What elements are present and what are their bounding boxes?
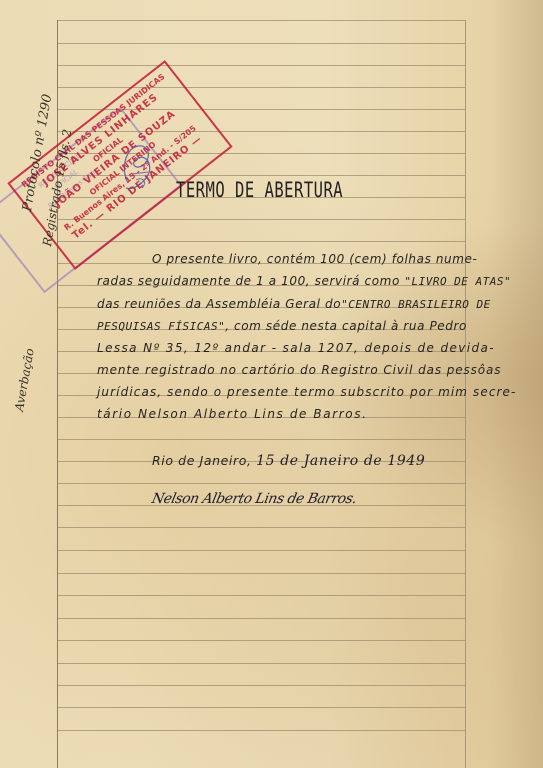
signature: Nelson Alberto Lins de Barros. bbox=[150, 491, 358, 507]
document-page: REGISTO CIVIL OFICIAL Rua Buenos Aires R… bbox=[0, 0, 543, 768]
rule-line bbox=[58, 685, 465, 686]
body-text: Lessa Nº 35, 12º andar - sala 1207, depo… bbox=[97, 341, 495, 355]
rule-line bbox=[58, 527, 465, 528]
rule-line bbox=[58, 573, 465, 574]
body-text: mente registrado no cartório do Registro… bbox=[97, 363, 501, 377]
body-text: das reuniões da Assembléia Geral do bbox=[97, 297, 341, 311]
rule-line bbox=[58, 730, 465, 731]
rule-line bbox=[58, 20, 465, 21]
body-line: radas seguidamente de 1 a 100, servirá c… bbox=[97, 274, 511, 288]
body-line: tário Nelson Alberto Lins de Barros. bbox=[97, 407, 368, 421]
rule-line bbox=[58, 241, 465, 242]
rule-line bbox=[58, 663, 465, 664]
rule-line bbox=[58, 65, 465, 66]
body-line: mente registrado no cartório do Registro… bbox=[97, 363, 501, 377]
body-line: Lessa Nº 35, 12º andar - sala 1207, depo… bbox=[97, 341, 495, 355]
rule-line bbox=[58, 618, 465, 619]
body-line: jurídicas, sendo o presente termo subscr… bbox=[97, 385, 516, 399]
date-handwritten: 15 de Janeiro de 1949 bbox=[256, 453, 425, 469]
margin-note: Averbação bbox=[12, 347, 37, 412]
rule-line bbox=[58, 595, 465, 596]
body-line: PESQUISAS FÍSICAS", com séde nesta capit… bbox=[97, 319, 467, 333]
organization-name: "CENTRO BRASILEIRO DE bbox=[341, 298, 491, 311]
body-text: jurídicas, sendo o presente termo subscr… bbox=[97, 385, 516, 399]
body-text: tário Nelson Alberto Lins de Barros. bbox=[97, 407, 368, 421]
rule-line bbox=[58, 640, 465, 641]
body-line: das reuniões da Assembléia Geral do"CENT… bbox=[97, 297, 491, 311]
body-line: O presente livro, contém 100 (cem) folha… bbox=[152, 252, 477, 266]
date-line: Rio de Janeiro, 15 de Janeiro de 1949 bbox=[152, 453, 425, 469]
rule-line bbox=[58, 483, 465, 484]
book-name: "LIVRO DE ATAS" bbox=[404, 275, 511, 288]
rule-line bbox=[58, 707, 465, 708]
rule-line bbox=[58, 87, 465, 88]
document-title: TERMO DE ABERTURA bbox=[176, 178, 343, 202]
rule-line bbox=[58, 43, 465, 44]
date-typed: Rio de Janeiro, bbox=[152, 453, 252, 468]
body-text: radas seguidamente de 1 a 100, servirá c… bbox=[97, 274, 404, 288]
rule-line bbox=[58, 550, 465, 551]
organization-name: PESQUISAS FÍSICAS" bbox=[97, 320, 225, 333]
body-text: , com séde nesta capital à rua Pedro bbox=[225, 319, 467, 333]
ink-initials-icon bbox=[118, 138, 158, 198]
body-text: O presente livro, contém 100 (cem) folha… bbox=[152, 252, 477, 266]
rule-line bbox=[58, 439, 465, 440]
